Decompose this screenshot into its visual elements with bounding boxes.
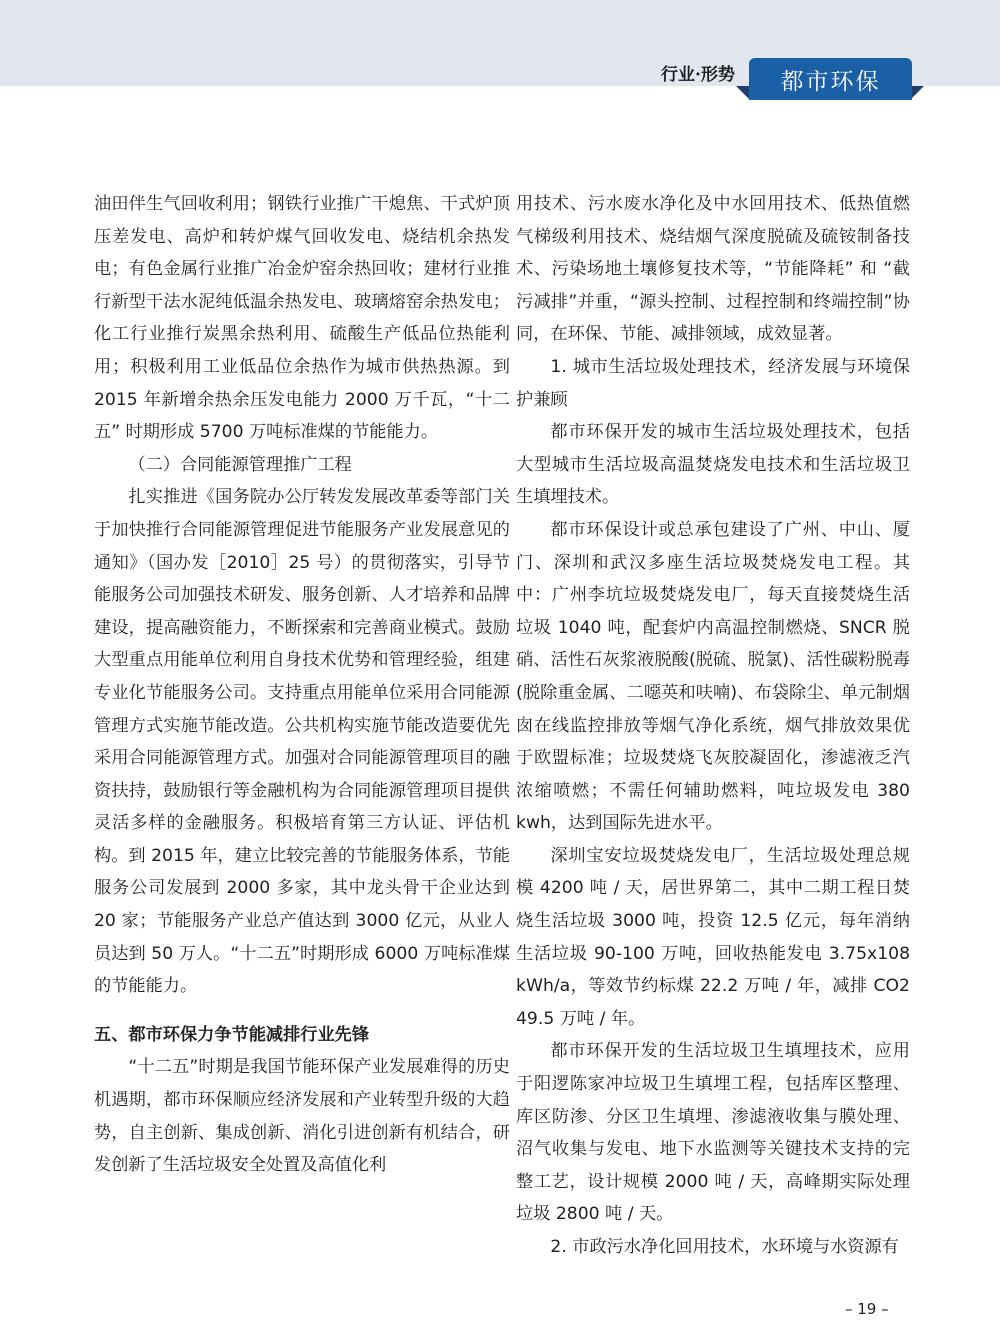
right-column: 用技术、污水废水净化及中水回用技术、低热值燃气梯级利用技术、烧结烟气深度脱硫及硫… (516, 188, 910, 1264)
paragraph: 都市环保设计或总承包建设了广州、中山、厦门、深圳和武汉多座生活垃圾焚烧发电工程。… (516, 514, 910, 840)
paragraph: 扎实推进《国务院办公厅转发发展改革委等部门关于加快推行合同能源管理促进节能服务产… (94, 481, 510, 1003)
paragraph: 用技术、污水废水净化及中水回用技术、低热值燃气梯级利用技术、烧结烟气深度脱硫及硫… (516, 188, 910, 351)
brand-tab-fold-right (910, 86, 924, 100)
paragraph: 都市环保开发的生活垃圾卫生填埋技术，应用于阳逻陈家冲垃圾卫生填埋工程，包括库区整… (516, 1035, 910, 1231)
section-label: 行业·形势 (661, 60, 735, 85)
subheading: （二）合同能源管理推广工程 (94, 449, 510, 482)
brand-tab-fold-left (736, 86, 750, 100)
paragraph: 深圳宝安垃圾焚烧发电厂，生活垃圾处理总规模 4200 吨 / 天，居世界第二，其… (516, 840, 910, 1036)
paragraph: 油田伴生气回收利用；钢铁行业推广干熄焦、干式炉顶压差发电、高炉和转炉煤气回收发电… (94, 188, 510, 449)
subheading: 2. 市政污水净化回用技术，水环境与水资源有 (516, 1231, 910, 1264)
page-number: – 19 – (845, 1300, 889, 1318)
section-heading: 五、都市环保力争节能减排行业先锋 (94, 1019, 510, 1052)
paragraph: “十二五”时期是我国节能环保产业发展难得的历史机遇期，都市环保顺应经济发展和产业… (94, 1051, 510, 1181)
paragraph: 都市环保开发的城市生活垃圾处理技术，包括大型城市生活垃圾高温焚烧发电技术和生活垃… (516, 416, 910, 514)
brand-tab: 都市环保 (749, 58, 912, 100)
left-column: 油田伴生气回收利用；钢铁行业推广干熄焦、干式炉顶压差发电、高炉和转炉煤气回收发电… (94, 188, 510, 1182)
subheading: 1. 城市生活垃圾处理技术，经济发展与环境保护兼顾 (516, 351, 910, 416)
brand-logo-text: 都市环保 (781, 63, 881, 96)
